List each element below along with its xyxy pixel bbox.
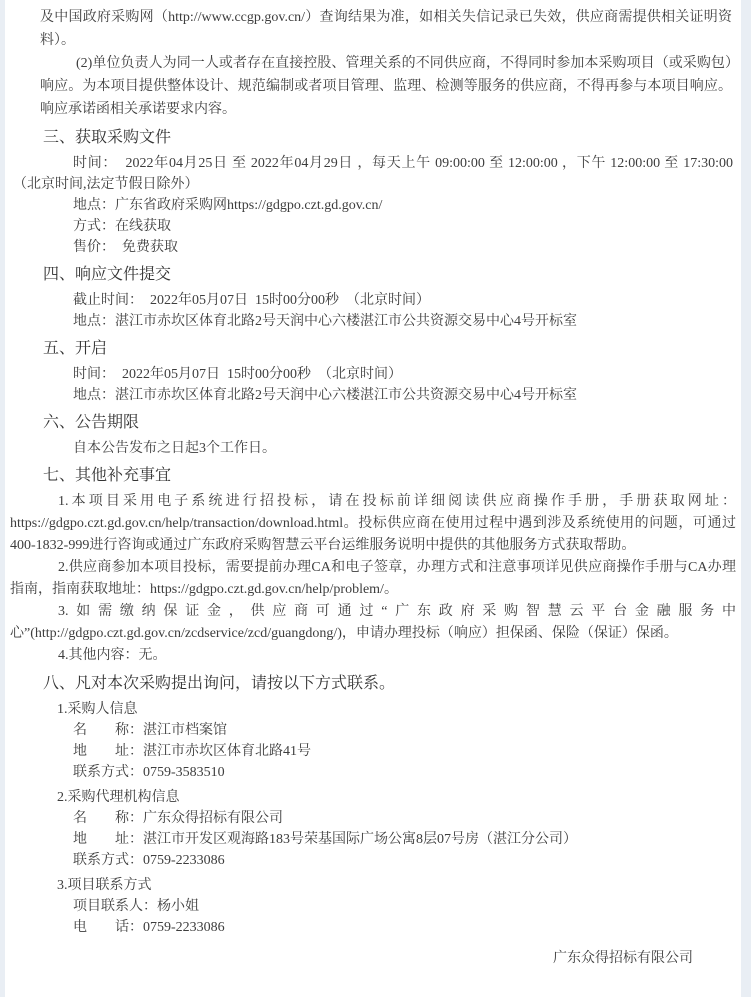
heading-contact-methods: 八、凡对本次采购提出询问，请按以下方式联系。 xyxy=(43,673,733,695)
agency-address-row: 地 址：湛江市开发区观海路183号荣基国际广场公寓8层07号房（湛江分公司） xyxy=(73,829,733,850)
submission-place-line: 地点：湛江市赤坎区体育北路2号天润中心六楼湛江市公共资源交易中心4号开标室 xyxy=(13,311,733,332)
continuation-paragraph-2: (2)单位负责人为同一人或者存在直接控股、管理关系的不同供应商，不得同时参加本采… xyxy=(40,52,732,121)
obtain-place-line: 地点：广东省政府采购网https://gdgpo.czt.gd.gov.cn/ xyxy=(13,195,733,216)
opening-place-line: 地点：湛江市赤坎区体育北路2号天润中心六楼湛江市公共资源交易中心4号开标室 xyxy=(13,385,733,406)
purchaser-contact-row: 联系方式：0759-3583510 xyxy=(73,762,733,783)
section-announcement-period: 六、公告期限 自本公告发布之日起3个工作日。 xyxy=(5,412,741,459)
section-obtain-documents: 三、获取采购文件 时间： 2022年04月25日 至 2022年04月29日 ，… xyxy=(5,127,741,258)
purchaser-info-title: 1.采购人信息 xyxy=(57,699,741,720)
purchaser-name-row: 名 称：湛江市档案馆 xyxy=(73,720,733,741)
opening-time-line: 时间： 2022年05月07日 15时00分00秒 （北京时间） xyxy=(13,364,733,385)
document-page: 及中国政府采购网（http://www.ccgp.gov.cn/）查询结果为准，… xyxy=(5,0,741,997)
section-response-submission: 四、响应文件提交 截止时间： 2022年05月07日 15时00分00秒 （北京… xyxy=(5,264,741,332)
agency-contact-row: 联系方式：0759-2233086 xyxy=(73,850,733,871)
agency-info-group: 2.采购代理机构信息 名 称：广东众得招标有限公司 地 址：湛江市开发区观海路1… xyxy=(5,787,741,871)
other-matters-paragraph-1: 1.本项目采用电子系统进行招投标，请在投标前详细阅读供应商操作手册，手册获取网址… xyxy=(10,491,736,557)
agency-name-row: 名 称：广东众得招标有限公司 xyxy=(73,808,733,829)
other-matters-paragraph-2: 2.供应商参加本项目投标，需要提前办理CA和电子签章，办理方式和注意事项详见供应… xyxy=(10,557,736,601)
section-contact: 八、凡对本次采购提出询问，请按以下方式联系。 1.采购人信息 名 称：湛江市档案… xyxy=(5,673,741,938)
heading-other-supplementary-matters: 七、其他补充事宜 xyxy=(43,465,733,487)
announcement-period-line: 自本公告发布之日起3个工作日。 xyxy=(13,438,733,459)
project-contact-title: 3.项目联系方式 xyxy=(57,875,741,896)
continuation-paragraph-1: 及中国政府采购网（http://www.ccgp.gov.cn/）查询结果为准，… xyxy=(40,6,732,52)
project-contact-person-row: 项目联系人：杨小姐 xyxy=(73,896,733,917)
submission-deadline-line: 截止时间： 2022年05月07日 15时00分00秒 （北京时间） xyxy=(13,290,733,311)
heading-response-document-submission: 四、响应文件提交 xyxy=(43,264,733,286)
obtain-method-line: 方式：在线获取 xyxy=(13,216,733,237)
heading-announcement-period: 六、公告期限 xyxy=(43,412,733,434)
other-matters-paragraph-3: 3.如需缴纳保证金，供应商可通过“广东政府采购智慧云平台金融服务中心”(http… xyxy=(10,601,736,645)
obtain-time-line: 时间： 2022年04月25日 至 2022年04月29日 ，每天上午 09:0… xyxy=(13,153,733,195)
purchaser-address-row: 地 址：湛江市赤坎区体育北路41号 xyxy=(73,741,733,762)
section-other-matters: 七、其他补充事宜 1.本项目采用电子系统进行招投标，请在投标前详细阅读供应商操作… xyxy=(5,465,741,667)
project-contact-phone-row: 电 话：0759-2233086 xyxy=(73,917,733,938)
project-contact-group: 3.项目联系方式 项目联系人：杨小姐 电 话：0759-2233086 xyxy=(5,875,741,938)
agency-info-title: 2.采购代理机构信息 xyxy=(57,787,741,808)
obtain-price-line: 售价： 免费获取 xyxy=(13,237,733,258)
section-opening: 五、开启 时间： 2022年05月07日 15时00分00秒 （北京时间） 地点… xyxy=(5,338,741,406)
footer-company-name: 广东众得招标有限公司 xyxy=(5,948,741,969)
other-matters-paragraph-4: 4.其他内容：无。 xyxy=(10,645,736,667)
heading-obtain-procurement-documents: 三、获取采购文件 xyxy=(43,127,733,149)
heading-opening: 五、开启 xyxy=(43,338,733,360)
purchaser-info-group: 1.采购人信息 名 称：湛江市档案馆 地 址：湛江市赤坎区体育北路41号 联系方… xyxy=(5,699,741,783)
